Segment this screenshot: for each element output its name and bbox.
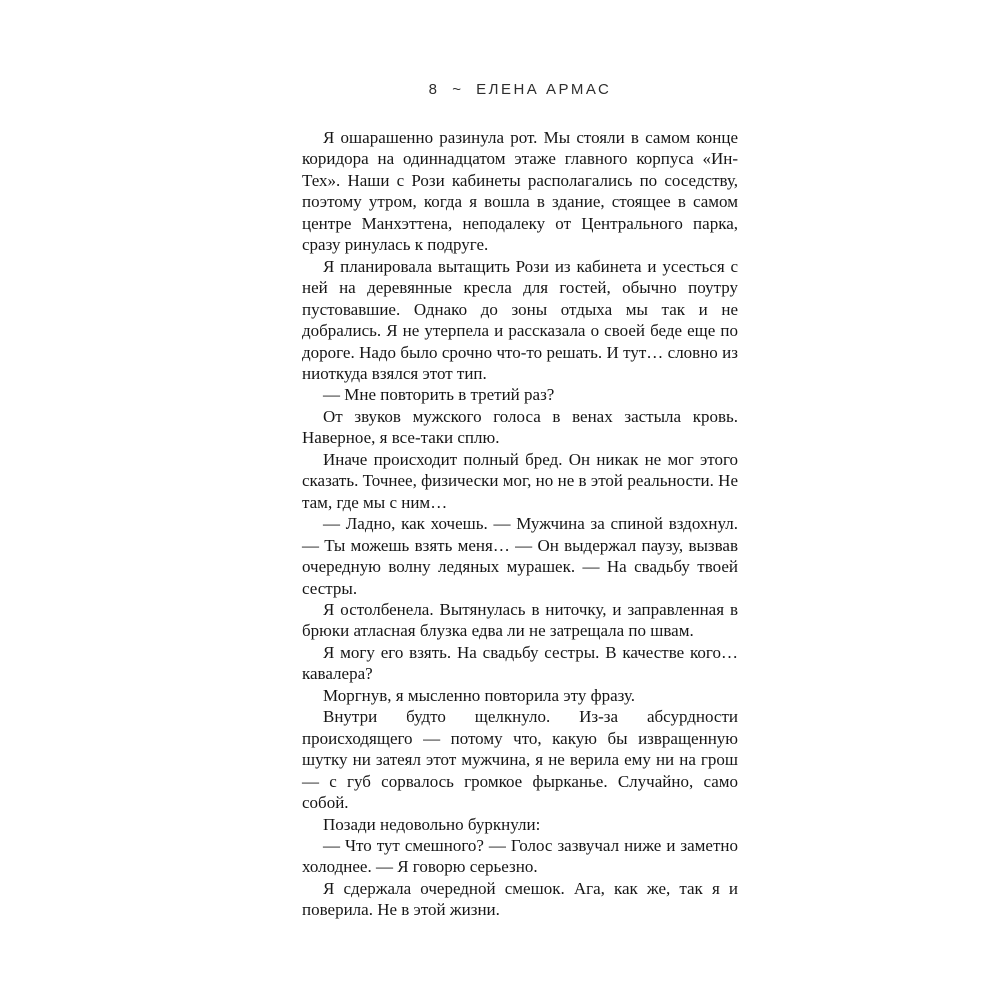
paragraph: — Мне повторить в третий раз? bbox=[302, 384, 738, 405]
paragraph: Я могу его взять. На свадьбу сестры. В к… bbox=[302, 642, 738, 685]
paragraph: От звуков мужского голоса в венах застыл… bbox=[302, 406, 738, 449]
paragraph: Я ошарашенно разинула рот. Мы стояли в с… bbox=[302, 127, 738, 256]
running-head: 8 ~ ЕЛЕНА АРМАС bbox=[302, 81, 738, 98]
paragraph: Я сдержала очередной смешок. Ага, как же… bbox=[302, 878, 738, 921]
paragraph: — Ладно, как хочешь. — Мужчина за спиной… bbox=[302, 513, 738, 599]
page-body: Я ошарашенно разинула рот. Мы стояли в с… bbox=[302, 127, 738, 921]
header-separator: ~ bbox=[452, 81, 463, 98]
paragraph: Иначе происходит полный бред. Он никак н… bbox=[302, 449, 738, 513]
page-number: 8 bbox=[429, 81, 440, 98]
paragraph: Я планировала вытащить Рози из кабинета … bbox=[302, 256, 738, 385]
paragraph: — Что тут смешного? — Голос зазвучал ниж… bbox=[302, 835, 738, 878]
book-page: 8 ~ ЕЛЕНА АРМАС Я ошарашенно разинула ро… bbox=[0, 0, 1000, 1000]
paragraph: Моргнув, я мысленно повторила эту фразу. bbox=[302, 685, 738, 706]
author-name: ЕЛЕНА АРМАС bbox=[476, 81, 611, 98]
paragraph: Я остолбенела. Вытянулась в ниточку, и з… bbox=[302, 599, 738, 642]
paragraph: Позади недовольно буркнули: bbox=[302, 814, 738, 835]
paragraph: Внутри будто щелкнуло. Из-за абсурдности… bbox=[302, 706, 738, 813]
